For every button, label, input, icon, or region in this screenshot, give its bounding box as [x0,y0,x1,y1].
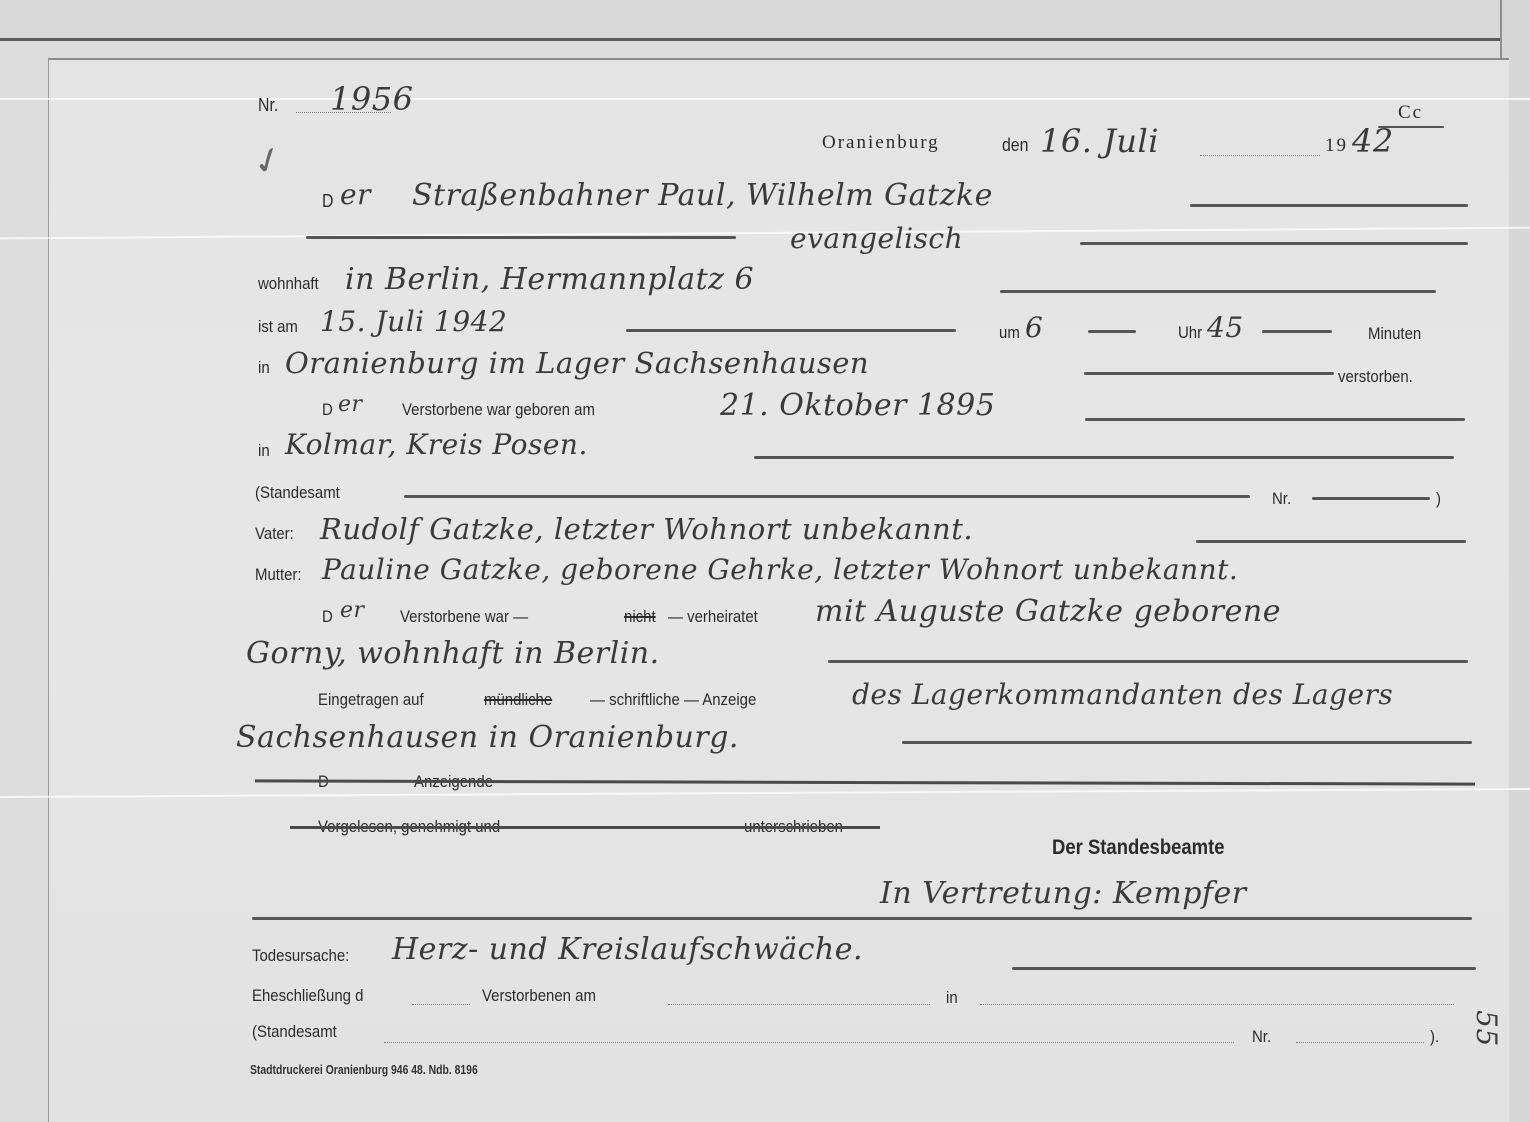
filler-line [1080,242,1468,245]
residence-label: wohnhaft [258,274,319,294]
birth-label: Verstorbene war geboren am [402,400,595,420]
married-struck-nicht: nicht [624,607,656,627]
married-label-1: Verstorbene war — [400,607,528,627]
date-prefix: den [1002,135,1028,156]
death-place-label: in [258,358,270,378]
subject-occupation-name: Straßenbahner Paul, Wilhelm Gatzke [412,178,993,213]
registry2-close: ). [1430,1027,1439,1047]
filler-line [1088,330,1136,333]
time-uhr-label: Uhr [1178,323,1202,343]
registrar-title: Der Standesbeamte [1052,836,1225,860]
form-number-label: Nr. [258,95,278,116]
margin-note: 55 [1470,1010,1503,1047]
death-date-value: 15. Juli 1942 [320,305,507,338]
dotted-line [296,112,391,113]
registered-label-2: — schriftliche — Anzeige [590,690,756,710]
filler-line [1085,418,1465,421]
marriage-label-2: Verstorbenen am [482,986,596,1006]
married-gender: er [340,598,365,623]
birth-place-label: in [258,441,270,461]
married-value-2: Gorny, wohnhaft in Berlin. [246,636,660,671]
strike-through-line [290,826,880,829]
registered-value-2: Sachsenhausen in Oranienburg. [236,720,739,755]
place-label: Oranienburg [822,132,940,154]
dotted-line [980,1004,1454,1005]
cause-label: Todesursache: [252,946,349,966]
death-date-label: ist am [258,317,298,337]
father-label: Vater: [255,524,294,544]
dotted-line [1200,155,1320,156]
dotted-line [384,1042,1234,1043]
time-hour: 6 [1025,311,1043,344]
filler-line [902,741,1472,744]
married-value-1: mit Auguste Gatzke geborene [815,594,1281,629]
filler-line [754,456,1454,459]
dotted-line [1296,1042,1424,1043]
death-place-value: Oranienburg im Lager Sachsenhausen [285,346,869,380]
filler-line [828,660,1468,663]
residence-value: in Berlin, Hermannplatz 6 [345,262,754,297]
subject-prefix: D [322,191,333,212]
dotted-line [412,1004,470,1005]
birth-place-value: Kolmar, Kreis Posen. [285,428,588,461]
filler-line [1012,967,1476,970]
filler-line [1084,372,1334,375]
date-value: 16. Juli [1040,122,1159,160]
registry-label: (Standesamt [255,483,340,503]
filler-line [626,329,956,332]
registered-value-1: des Lagerkommandanten des Lagers [852,678,1393,711]
filler-line [1190,204,1468,207]
father-value: Rudolf Gatzke, letzter Wohnort unbekannt… [320,512,973,546]
series-code: Cc [1398,102,1423,124]
filler-line [404,495,1250,498]
filler-line [1262,330,1332,333]
registered-label: Eingetragen auf [318,690,424,710]
registry-nr-label: Nr. [1272,489,1291,509]
time-minutes: 45 [1207,311,1244,344]
registered-struck-muendliche: mündliche [484,690,552,710]
birth-prefix: D [322,400,333,420]
birth-gender: er [338,392,363,417]
married-label-2: — verheiratet [668,607,758,627]
year-suffix: 42 [1352,122,1394,160]
registry-close: ) [1436,489,1441,509]
registry2-nr-label: Nr. [1252,1027,1271,1047]
printer-line: Stadtdruckerei Oranienburg 946 48. Ndb. … [250,1062,478,1077]
subject-gender: er [340,178,371,211]
died-label: verstorben. [1338,367,1413,387]
marriage-in-label: in [946,988,958,1008]
time-um-label: um [999,323,1020,343]
filler-line [306,236,736,239]
film-scratch [0,98,1530,100]
mother-value: Pauline Gatzke, geborene Gehrke, letzter… [322,553,1238,586]
registry2-label: (Standesamt [252,1022,337,1042]
religion-value: evangelisch [790,222,963,255]
registrar-signature: In Vertretung: Kempfer [880,876,1247,911]
filler-line [1000,290,1436,293]
dotted-line [668,1004,930,1005]
year-prefix: 19 [1325,135,1348,157]
marriage-label: Eheschließung d [252,986,363,1006]
filler-line [1312,497,1430,500]
time-minutes-label: Minuten [1368,324,1421,344]
filler-line [1196,540,1466,543]
separator-line [252,917,1472,920]
married-prefix: D [322,607,333,627]
birth-date-value: 21. Oktober 1895 [720,388,995,423]
cause-value: Herz- und Kreislaufschwäche. [392,932,863,967]
mother-label: Mutter: [255,565,302,585]
